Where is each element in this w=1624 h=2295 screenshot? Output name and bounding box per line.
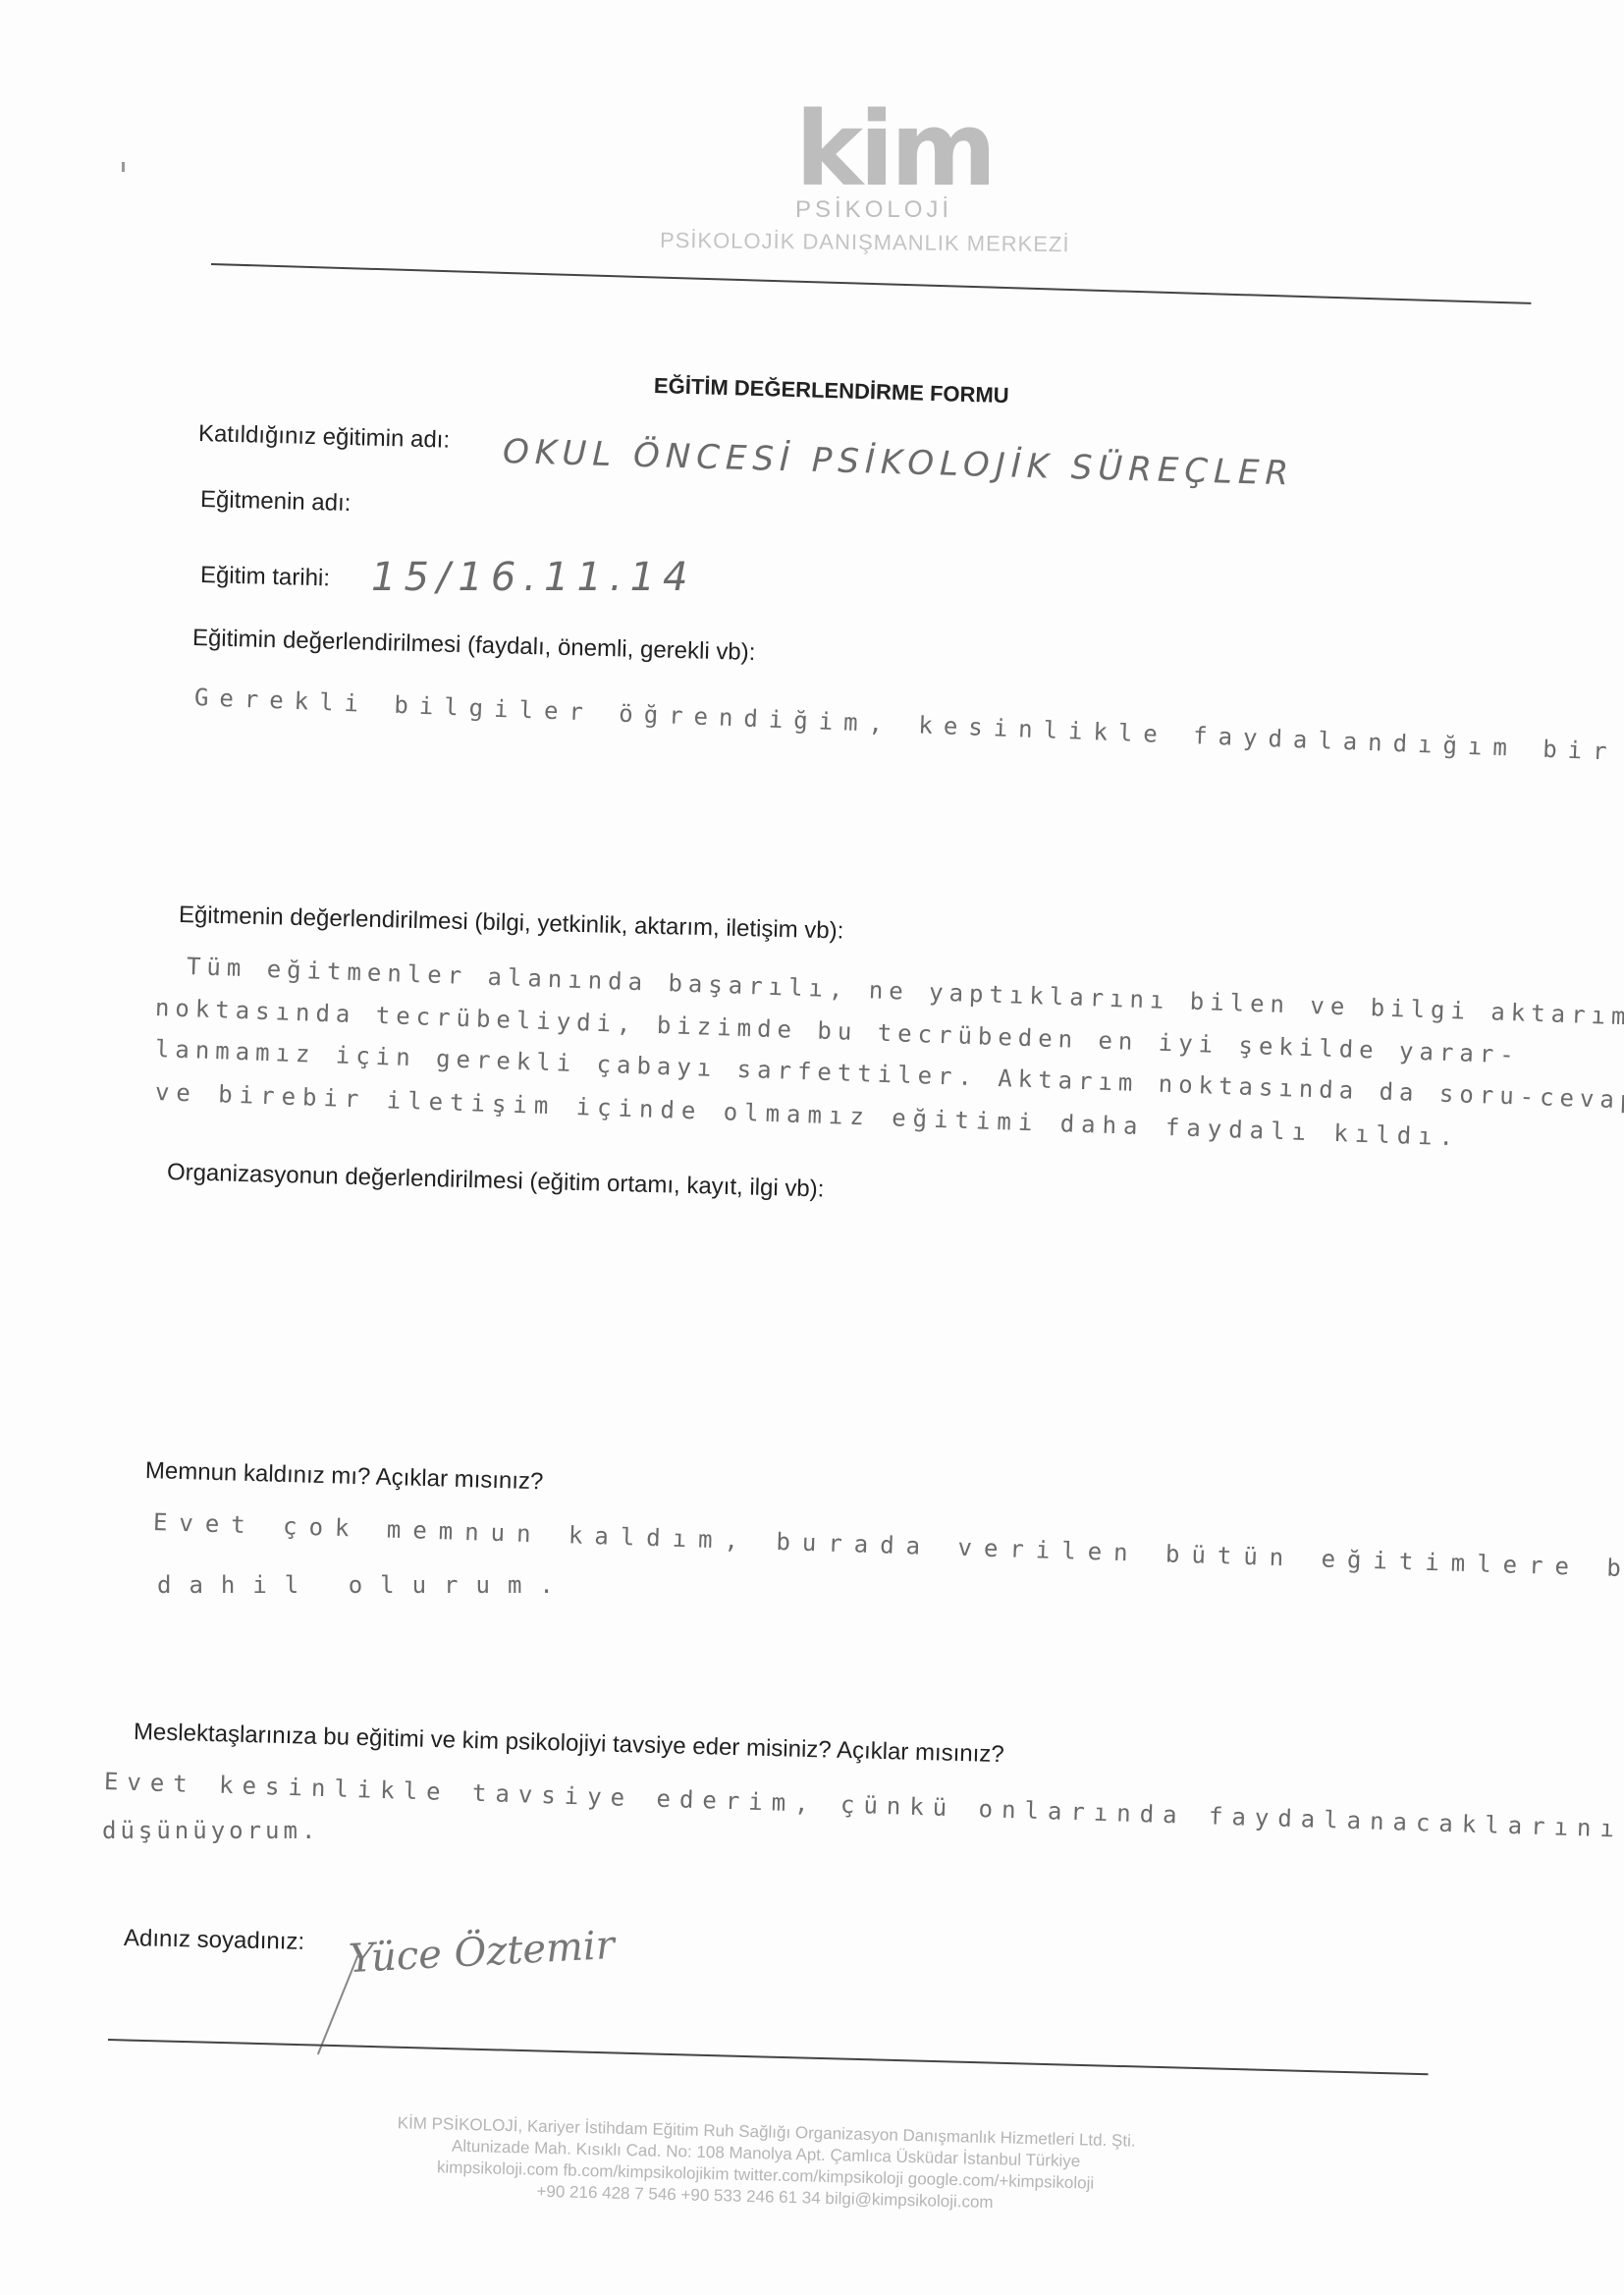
question-organization-evaluation: Organizasyonun değerlendirilmesi (eğitim… (167, 1159, 825, 1204)
name-surname-label: Adınız soyadınız: (124, 1925, 305, 1956)
trainer-name-label: Eğitmenin adı: (200, 486, 352, 518)
evaluation-form-page: kim PSİKOLOJİ PSİKOLOJİK DANIŞMANLIK MER… (0, 0, 1624, 2295)
company-tagline: PSİKOLOJİK DANIŞMANLIK MERKEZİ (660, 228, 1070, 257)
signature-stroke (317, 1954, 359, 2055)
question-satisfaction: Memnun kaldınız mı? Açıklar mısınız? (145, 1457, 544, 1496)
logo-mark: kim (795, 98, 952, 200)
training-name-value[interactable]: OKUL ÖNCESİ PSİKOLOJİK SÜREÇLER (502, 432, 1294, 493)
question-training-evaluation: Eğitimin değerlendirilmesi (faydalı, öne… (192, 625, 756, 667)
logo-subtitle: PSİKOLOJİ (795, 196, 952, 224)
training-date-value[interactable]: 15/16.11.14 (371, 555, 696, 600)
training-date-label: Eğitim tarihi: (200, 562, 331, 592)
header-divider (211, 263, 1531, 304)
answer-training-evaluation-line[interactable]: Gerekli bilgiler öğrendiğim, kesinlikle … (193, 683, 1624, 775)
form-title: EĞİTİM DEĞERLENDİRME FORMU (654, 373, 1009, 409)
footer-divider (108, 2039, 1429, 2075)
answer-satisfaction-line[interactable]: dahil olurum. (157, 1571, 571, 1599)
company-logo: kim PSİKOLOJİ (795, 98, 952, 224)
scan-mark (122, 162, 125, 172)
question-recommendation: Meslektaşlarınıza bu eğitimi ve kim psik… (134, 1719, 1004, 1769)
company-footer: KİM PSİKOLOJİ, Kariyer İstihdam Eğitim R… (264, 2109, 1268, 2220)
answer-recommendation-line[interactable]: Evet kesinlikle tavsiye ederim, çünkü on… (104, 1768, 1624, 1843)
question-trainer-evaluation: Eğitmenin değerlendirilmesi (bilgi, yetk… (179, 902, 844, 946)
signature[interactable]: Yüce Öztemir (348, 1923, 616, 1982)
answer-recommendation-line[interactable]: düşünüyorum. (102, 1817, 319, 1844)
training-name-label: Katıldığınız eğitimin adı: (198, 420, 451, 455)
